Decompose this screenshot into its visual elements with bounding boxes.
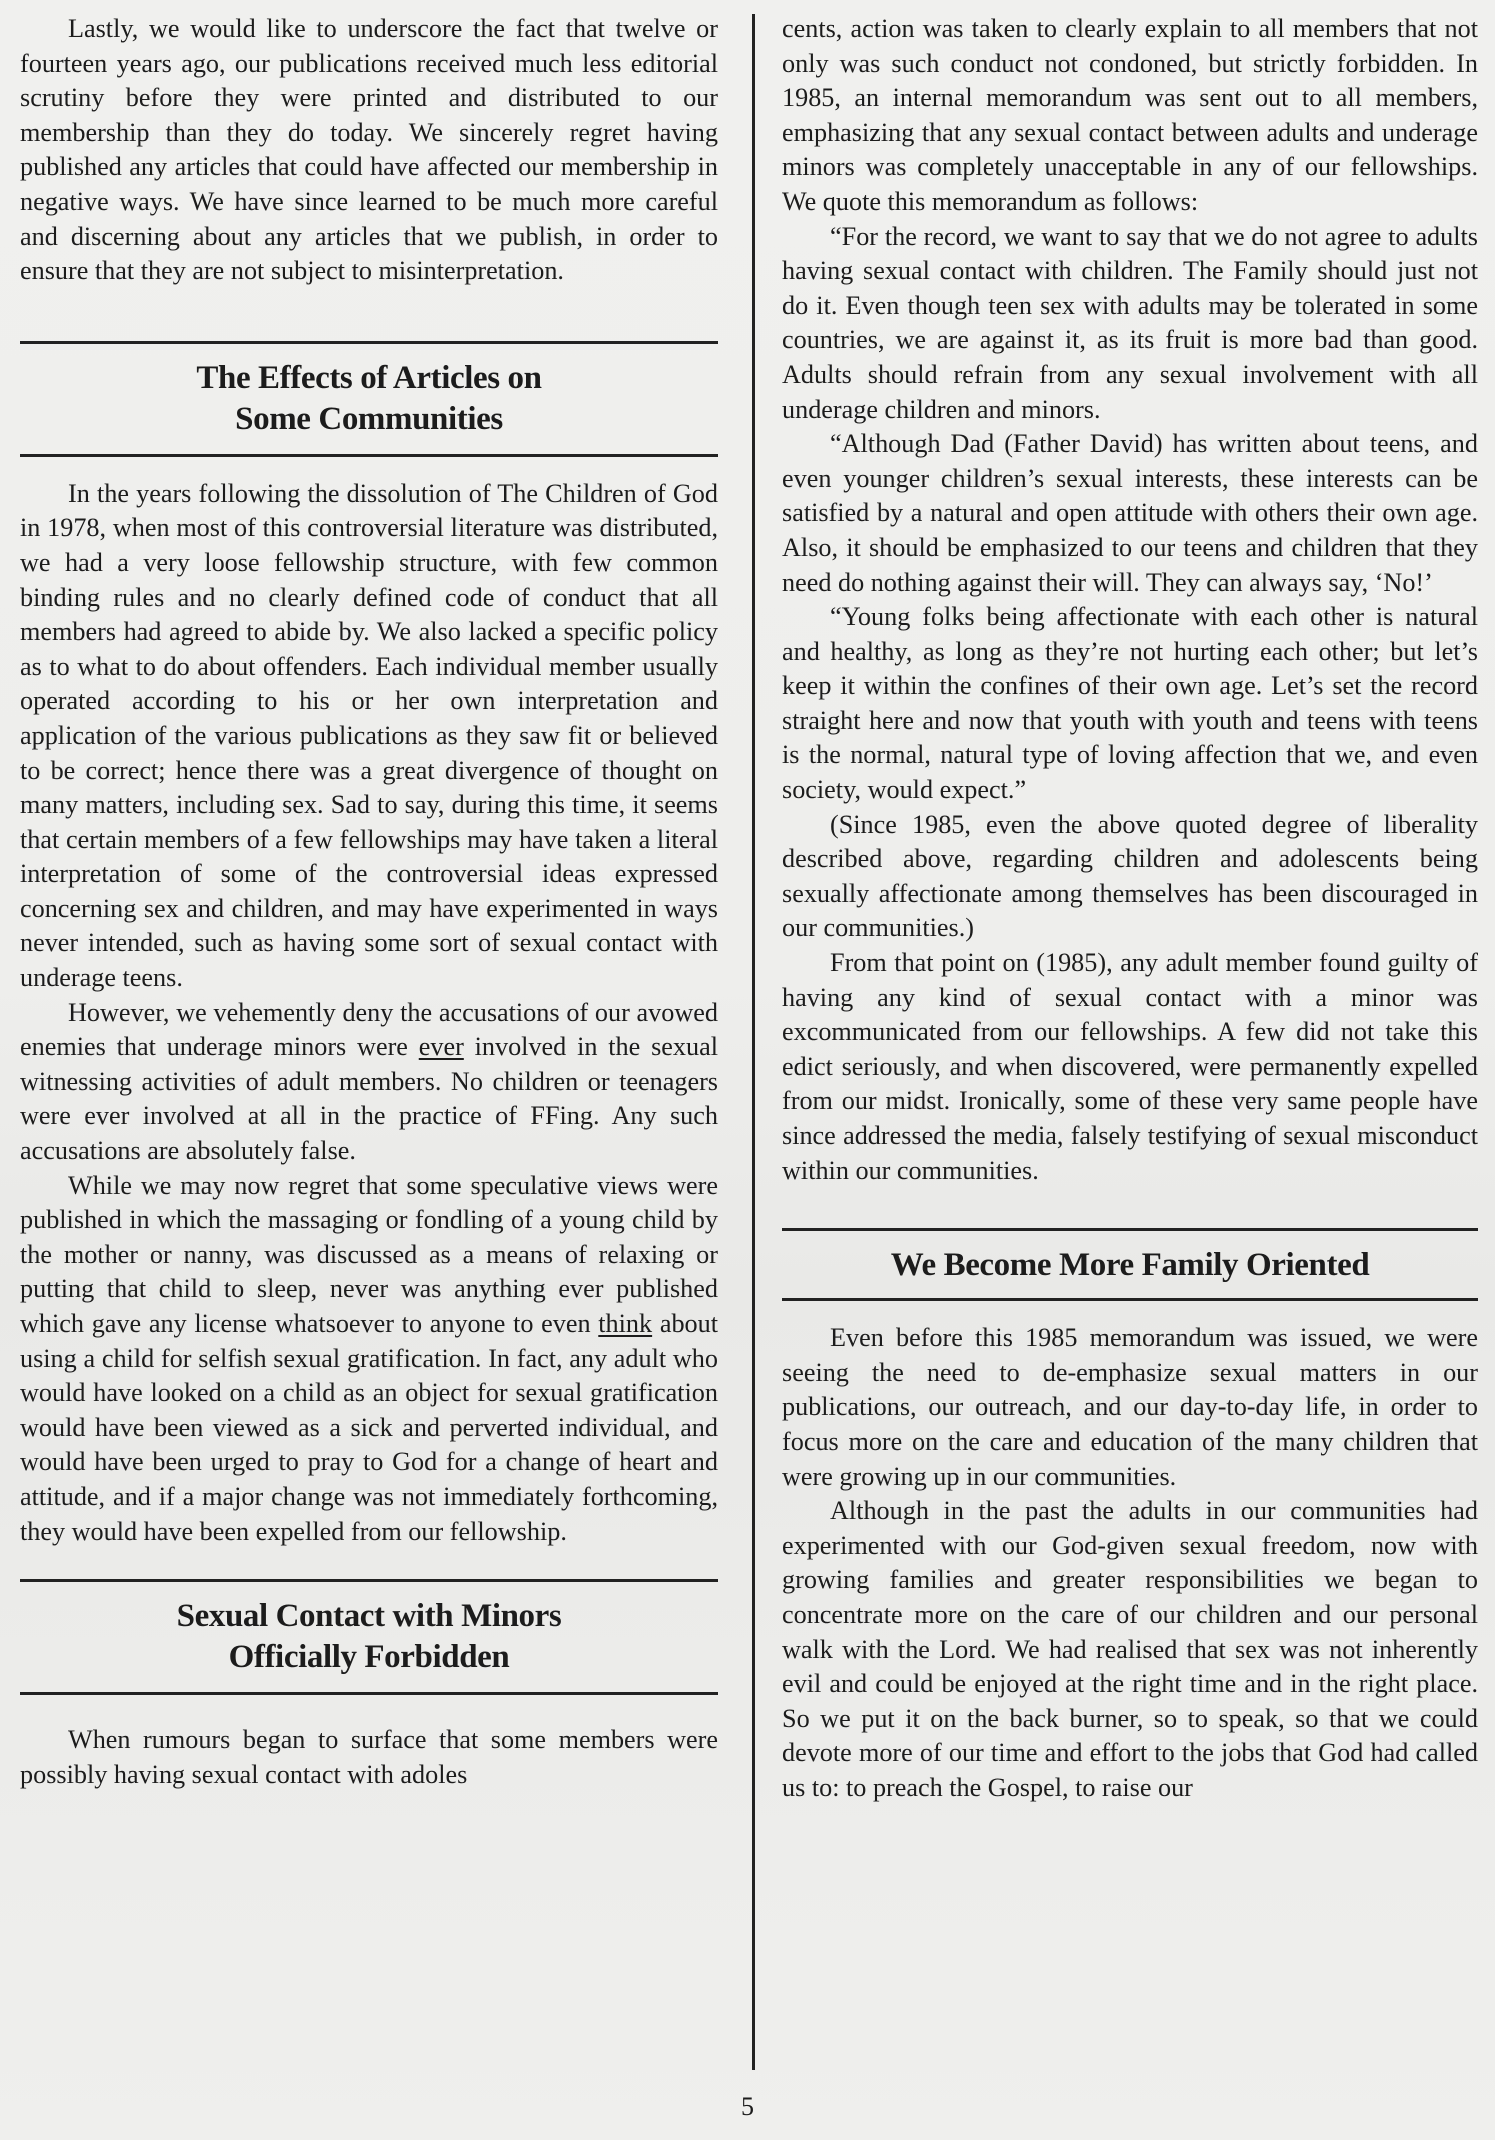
body-paragraph: While we may now regret that some specul… (20, 1169, 718, 1550)
intro-paragraph: Lastly, we would like to underscore the … (20, 12, 718, 289)
section-heading: Sexual Contact with Minors Officially Fo… (20, 1596, 718, 1678)
left-column: Lastly, we would like to underscore the … (20, 12, 718, 1792)
quote-paragraph: “For the record, we want to say that we … (782, 220, 1478, 428)
heading-line-2: Some Communities (20, 399, 718, 440)
body-paragraph: Although in the past the adults in our c… (782, 1494, 1478, 1805)
continuation-paragraph: cents, action was taken to clearly expla… (782, 12, 1478, 220)
section-heading: The Effects of Articles on Some Communit… (20, 358, 718, 440)
quote-paragraph: “Young folks being affectionate with eac… (782, 600, 1478, 808)
aside-paragraph: (Since 1985, even the above quoted degre… (782, 808, 1478, 946)
right-column: cents, action was taken to clearly expla… (782, 12, 1478, 1806)
page-number: 5 (0, 2092, 1495, 2122)
body-paragraph: In the years following the dissolution o… (20, 477, 718, 996)
quote-paragraph: “Although Dad (Father David) has written… (782, 427, 1478, 600)
heading-line-1: Sexual Contact with Minors (20, 1596, 718, 1637)
section-contact-forbidden: Sexual Contact with Minors Officially Fo… (20, 1549, 718, 1792)
section-heading: We Become More Family Oriented (782, 1245, 1478, 1286)
heading-line-1: The Effects of Articles on (20, 358, 718, 399)
body-paragraph: From that point on (1985), any adult mem… (782, 946, 1478, 1188)
column-divider (752, 14, 755, 2070)
document-page: Lastly, we would like to underscore the … (0, 0, 1495, 2140)
emphasis-underline: think (598, 1309, 652, 1338)
emphasis-underline: ever (419, 1032, 464, 1061)
section-family-oriented: We Become More Family Oriented Even befo… (782, 1188, 1478, 1805)
heading-line-2: Officially Forbidden (20, 1637, 718, 1678)
section-effects-of-articles: The Effects of Articles on Some Communit… (20, 289, 718, 1549)
body-paragraph: When rumours began to surface that some … (20, 1723, 718, 1792)
body-paragraph: Even before this 1985 memorandum was iss… (782, 1321, 1478, 1494)
body-paragraph: However, we vehemently deny the accusati… (20, 996, 718, 1169)
